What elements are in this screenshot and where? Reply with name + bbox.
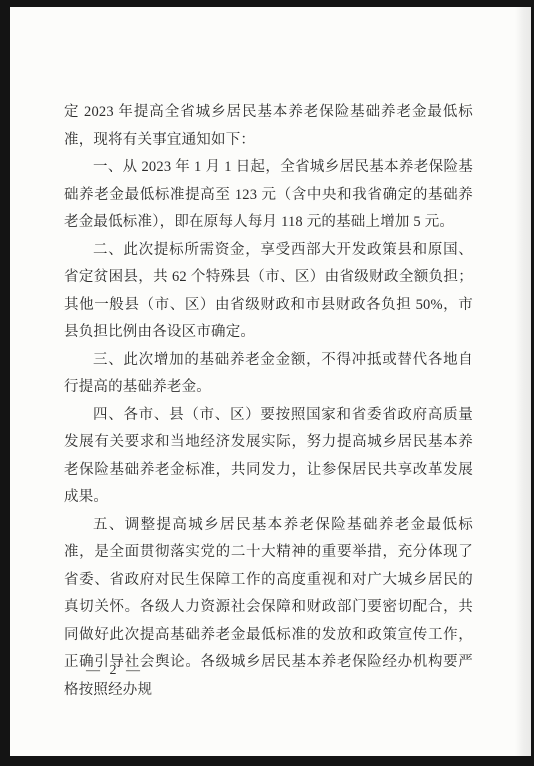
document-page: 定 2023 年提高全省城乡居民基本养老保险基础养老金最低标准，现将有关事宜通知…: [10, 7, 531, 756]
paragraph: 二、此次提标所需资金，享受西部大开发政策县和原国、省定贫困县，共 62 个特殊县…: [64, 237, 473, 347]
document-body: 定 2023 年提高全省城乡居民基本养老保险基础养老金最低标准，现将有关事宜通知…: [64, 99, 473, 704]
paragraph: 定 2023 年提高全省城乡居民基本养老保险基础养老金最低标准，现将有关事宜通知…: [64, 99, 473, 154]
paragraph: 一、从 2023 年 1 月 1 日起，全省城乡居民基本养老保险基础养老金最低标…: [64, 154, 473, 237]
paragraph: 四、各市、县（市、区）要按照国家和省委省政府高质量发展有关要求和当地经济发展实际…: [64, 402, 473, 512]
scan-border: 定 2023 年提高全省城乡居民基本养老保险基础养老金最低标准，现将有关事宜通知…: [0, 0, 534, 766]
paragraph: 三、此次增加的基础养老金金额，不得冲抵或替代各地自行提高的基础养老金。: [64, 347, 473, 402]
page-number: — 2 —: [86, 663, 143, 679]
